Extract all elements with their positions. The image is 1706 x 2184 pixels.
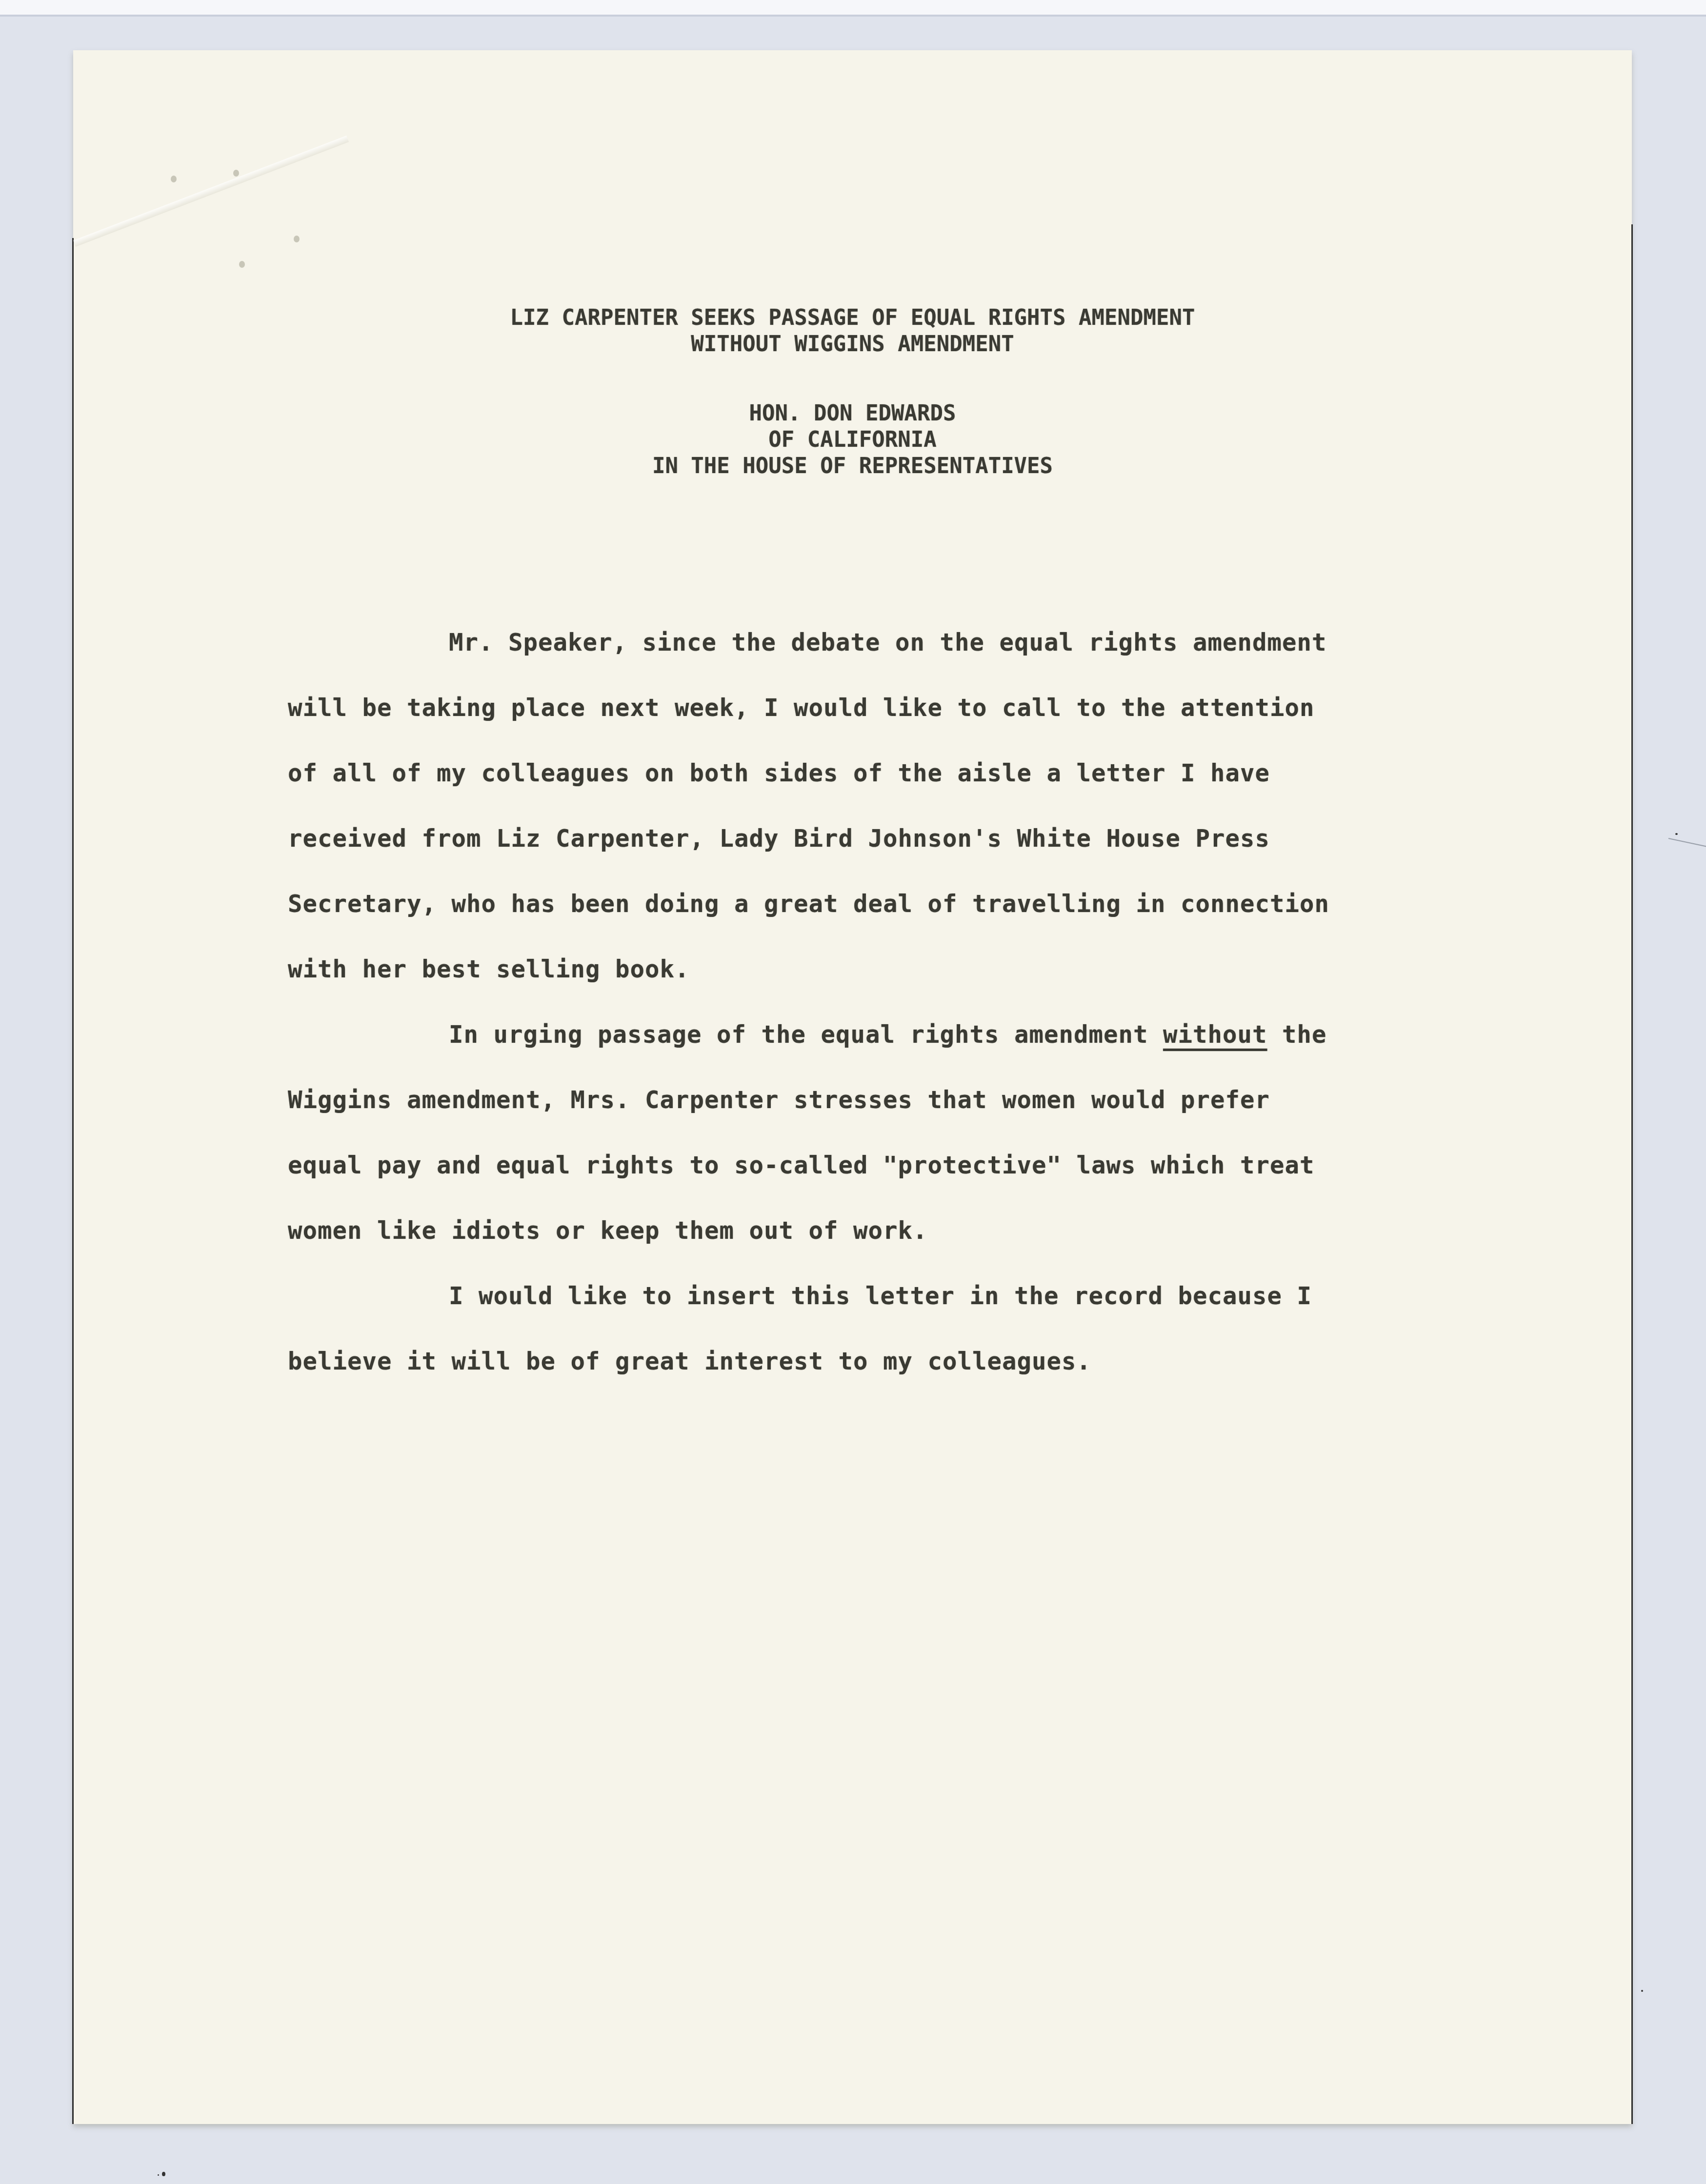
text-line: Mr. Speaker, since the debate on the equ… [288, 610, 1507, 675]
byline-line: OF CALIFORNIA [73, 427, 1632, 453]
text-line: Wiggins amendment, Mrs. Carpenter stress… [288, 1068, 1507, 1133]
text-line: Secretary, who has been doing a great de… [288, 872, 1507, 937]
text-line: received from Liz Carpenter, Lady Bird J… [288, 806, 1507, 872]
document-body: Mr. Speaker, since the debate on the equ… [288, 610, 1507, 1394]
text-line: will be taking place next week, I would … [288, 675, 1507, 741]
staple-hole [239, 261, 245, 268]
page-left-edge [72, 238, 74, 2124]
title-line: LIZ CARPENTER SEEKS PASSAGE OF EQUAL RIG… [73, 305, 1632, 331]
text-line: of all of my colleagues on both sides of… [288, 741, 1507, 806]
dust-speck [158, 2174, 159, 2176]
byline-line: HON. DON EDWARDS [73, 400, 1632, 427]
text-line: believe it will be of great interest to … [288, 1329, 1507, 1394]
document-title: LIZ CARPENTER SEEKS PASSAGE OF EQUAL RIG… [73, 305, 1632, 357]
document-byline: HON. DON EDWARDS OF CALIFORNIA IN THE HO… [73, 400, 1632, 479]
dust-speck [162, 2172, 165, 2176]
scan-scratch [1668, 838, 1706, 847]
dust-speck [1675, 833, 1678, 835]
text-line: In urging passage of the equal rights am… [288, 1002, 1507, 1068]
staple-hole [233, 170, 239, 177]
underlined-word: without [1163, 1021, 1267, 1049]
text-line: women like idiots or keep them out of wo… [288, 1198, 1507, 1264]
staple-hole [171, 176, 177, 182]
text-line: I would like to insert this letter in th… [288, 1264, 1507, 1329]
paragraph-3: I would like to insert this letter in th… [288, 1264, 1507, 1394]
text-segment: In urging passage of the equal rights am… [449, 1021, 1163, 1049]
text-segment: the [1267, 1021, 1327, 1049]
staple-hole [294, 236, 300, 242]
paper-crease [73, 136, 349, 247]
dust-speck [1641, 1990, 1643, 1992]
paragraph-2: In urging passage of the equal rights am… [288, 1002, 1507, 1264]
document-page: LIZ CARPENTER SEEKS PASSAGE OF EQUAL RIG… [73, 50, 1632, 2124]
byline-line: IN THE HOUSE OF REPRESENTATIVES [73, 453, 1632, 479]
page-right-edge [1631, 224, 1633, 2124]
title-line: WITHOUT WIGGINS AMENDMENT [73, 331, 1632, 357]
text-line: with her best selling book. [288, 937, 1507, 1002]
scanner-top-edge [0, 0, 1706, 17]
paragraph-1: Mr. Speaker, since the debate on the equ… [288, 610, 1507, 1002]
text-line: equal pay and equal rights to so-called … [288, 1133, 1507, 1198]
